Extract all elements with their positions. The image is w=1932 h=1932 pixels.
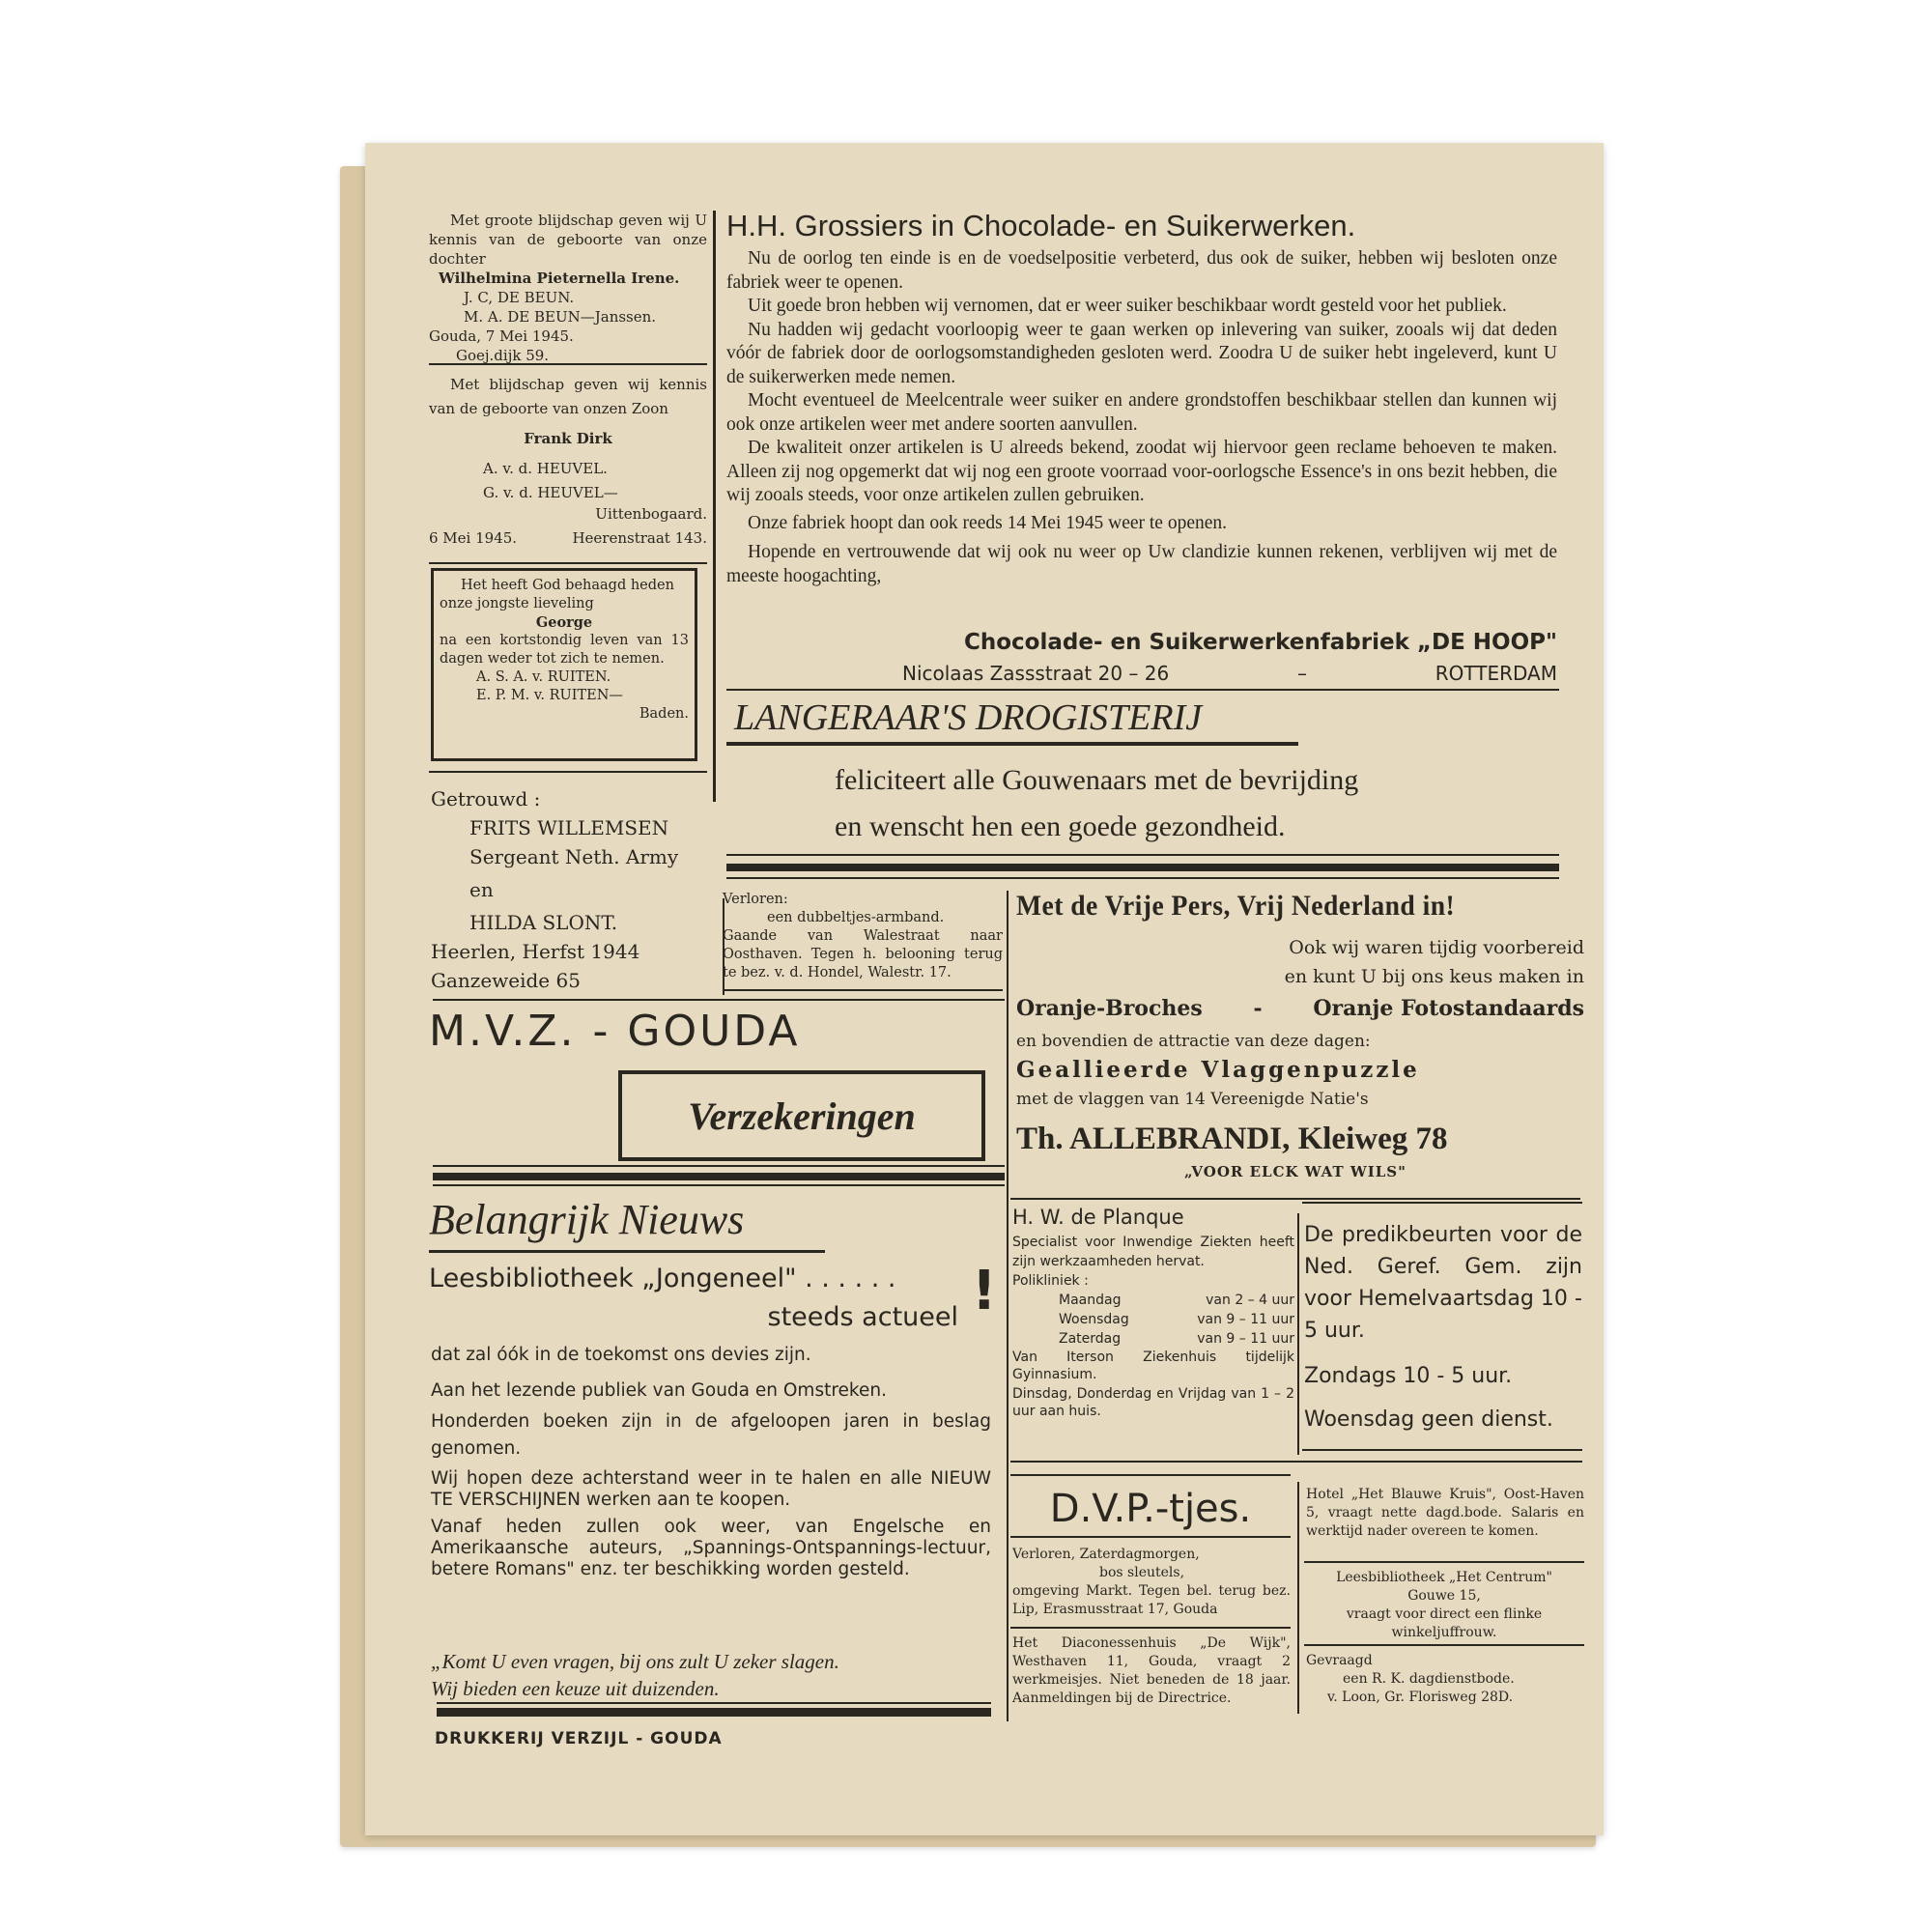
column-divider (1297, 1213, 1299, 1455)
birth1-parent1: J. C, DE BEUN. (429, 288, 707, 307)
drogisterij-line2: en wenscht hen een goede gezondheid. (835, 804, 1559, 850)
chocolate-paragraph: Hopende en vertrouwende dat wij ook nu w… (726, 541, 1557, 588)
death-child: George (440, 613, 689, 632)
birth2-intro: Met blijdschap geven wij kennis van de g… (429, 373, 707, 421)
lost-keys-line3: omgeving Markt. Tegen bel. terug bez. Li… (1012, 1582, 1291, 1619)
library-paragraph: Aan het lezende publiek van Gouda en Oms… (431, 1378, 991, 1405)
lost-keys-line1: Verloren, Zaterdagmorgen, (1012, 1546, 1291, 1564)
divider (726, 854, 1559, 856)
planque-line1: Specialist voor Inwendige Ziekten heeft … (1012, 1233, 1294, 1271)
lost-item: een dubbeltjes-armband. (723, 909, 1003, 927)
marriage-announcement: Getrouwd : FRITS WILLEMSEN Sergeant Neth… (431, 784, 711, 995)
chocolate-paragraph: Mocht eventueel de Meelcentrale weer sui… (726, 389, 1557, 437)
marriage-label: Getrouwd : (431, 784, 711, 813)
dvp-lost-keys: Verloren, Zaterdagmorgen, bos sleutels, … (1012, 1546, 1291, 1619)
allebrandi-line4: met de vlaggen van 14 Vereenigde Natie's (1016, 1088, 1584, 1111)
hours-row: Maandagvan 2 – 4 uur (1059, 1291, 1294, 1310)
allebrandi-product1: Oranje-Broches (1016, 993, 1203, 1024)
library-paragraph: Vanaf heden zullen ook weer, van Engelsc… (431, 1517, 991, 1580)
hours-time: van 9 – 11 uur (1197, 1310, 1294, 1329)
hours-row: Woensdagvan 9 – 11 uur (1059, 1310, 1294, 1329)
divider (429, 562, 707, 564)
drogisterij-line1: feliciteert alle Gouwenaars met de bevri… (835, 757, 1559, 804)
chocolate-paragraph: Uit goede bron hebben wij vernomen, dat … (726, 295, 1557, 319)
dvp-diaconessen: Het Diaconessenhuis „De Wijk", Westhaven… (1012, 1634, 1291, 1708)
birth2-address: Heerenstraat 143. (572, 526, 707, 551)
gevraagd-line1: een R. K. dagdienstbode. (1306, 1670, 1584, 1689)
divider (433, 1184, 1005, 1186)
death-intro: Het heeft God behaagd heden onze jongste… (440, 577, 689, 613)
hours-day: Woensdag (1059, 1310, 1129, 1329)
divider (1010, 1536, 1291, 1538)
lost-label: Verloren: (723, 891, 1003, 909)
chocolate-paragraph: Onze fabriek hoopt dan ook reeds 14 Mei … (726, 512, 1557, 536)
allebrandi-line2: en kunt U bij ons keus maken in (1016, 962, 1584, 991)
divider (1010, 1474, 1291, 1476)
allebrandi-shop: Th. ALLEBRANDI, Kleiweg 78 (1016, 1119, 1584, 1159)
library-body: Aan het lezende publiek van Gouda en Oms… (431, 1378, 991, 1586)
title-underline (429, 1250, 825, 1253)
planque-location: Van Iterson Ziekenhuis tijdelijk Gyinnas… (1012, 1349, 1294, 1383)
hours-time: van 2 – 4 uur (1206, 1291, 1294, 1310)
divider (1304, 1644, 1584, 1646)
library-line2: steeds actueel (429, 1300, 958, 1335)
divider (1302, 1202, 1582, 1204)
chocolate-city: ROTTERDAM (1435, 661, 1557, 686)
centrum-ad: Leesbibliotheek „Het Centrum" Gouwe 15, … (1304, 1569, 1584, 1642)
chocolate-paragraph: Nu de oorlog ten einde is en de voedselp… (726, 247, 1557, 295)
chocolate-paragraph: Nu hadden wij gedacht voorloopig weer te… (726, 319, 1557, 390)
chocolate-street: Nicolaas Zassstraat 20 – 26 (902, 661, 1169, 686)
allebrandi-headline: Met de Vrije Pers, Vrij Nederland in! (1016, 887, 1539, 925)
birth2-date: 6 Mei 1945. (429, 526, 517, 551)
lost-keys-line2: bos sleutels, (1012, 1564, 1291, 1582)
divider (437, 1702, 991, 1704)
death-announcement-box: Het heeft God behaagd heden onze jongste… (431, 568, 697, 761)
marriage-and: en (431, 875, 711, 904)
library-motto: dat zal óók in de toekomst ons devies zi… (431, 1343, 972, 1368)
thick-divider (437, 1708, 991, 1717)
birth1-child: Wilhelmina Pieternella Irene. (429, 269, 707, 288)
column-divider (1007, 891, 1009, 1721)
divider (1302, 1449, 1582, 1451)
thick-divider (726, 864, 1559, 871)
death-parent2-cont: Baden. (440, 705, 689, 724)
allebrandi-products: Oranje-Broches - Oranje Fotostandaards (1016, 993, 1584, 1024)
mvz-box: Verzekeringen (618, 1070, 985, 1161)
library-closing: „Komt U even vragen, bij ons zult U zeke… (431, 1648, 991, 1702)
birth-announcement-2: Met blijdschap geven wij kennis van de g… (429, 373, 707, 551)
birth2-parent2: G. v. d. HEUVEL— (429, 481, 707, 505)
hotel-ad: Hotel „Het Blauwe Kruis", Oost-Haven 5, … (1306, 1486, 1584, 1541)
marriage-groom: FRITS WILLEMSEN (431, 813, 711, 842)
birth1-parent2: M. A. DE BEUN—Janssen. (429, 307, 707, 327)
chocolate-ad-title: H.H. Grossiers in Chocolade- en Suikerwe… (726, 207, 1557, 245)
church-ad: De predikbeurten voor de Ned. Geref. Gem… (1304, 1219, 1582, 1435)
column-divider (713, 211, 716, 802)
marriage-rank: Sergeant Neth. Army (431, 842, 711, 871)
centrum-line3: vraagt voor direct een flinke winkeljuff… (1304, 1605, 1584, 1642)
lost-text: Gaande van Walestraat naar Oosthaven. Te… (723, 927, 1003, 982)
birth1-address: Goej.dijk 59. (429, 346, 707, 365)
gevraagd-ad: Gevraagd een R. K. dagdienstbode. v. Loo… (1306, 1652, 1584, 1707)
divider (726, 877, 1559, 879)
mvz-title: M.V.Z. - GOUDA (429, 1005, 912, 1059)
chocolate-company: Chocolade- en Suikerwerkenfabriek „DE HO… (726, 628, 1557, 657)
divider (723, 989, 1003, 991)
library-paragraph: Wij hopen deze achterstand weer in te ha… (431, 1468, 991, 1511)
library-line1: Leesbibliotheek „Jongeneel" . . . . . . (429, 1262, 970, 1296)
allebrandi-slogan: „VOOR ELCK WAT WILS" (1184, 1161, 1503, 1182)
death-parent2: E. P. M. v. RUITEN— (440, 687, 689, 705)
church-line3: Woensdag geen dienst. (1304, 1404, 1582, 1435)
allebrandi-intro: Ook wij waren tijdig voorbereid en kunt … (1016, 933, 1584, 991)
library-closing1: „Komt U even vragen, bij ons zult U zeke… (431, 1648, 991, 1675)
dvp-title: D.V.P.-tjes. (1010, 1482, 1291, 1536)
exclamation-mark: ! (972, 1258, 997, 1325)
divider (1010, 1627, 1291, 1629)
divider (1010, 1198, 1580, 1200)
chocolate-address: Nicolaas Zassstraat 20 – 26 – ROTTERDAM (902, 661, 1557, 686)
hours-row: Zaterdagvan 9 – 11 uur (1059, 1329, 1294, 1349)
centrum-line1: Leesbibliotheek „Het Centrum" (1304, 1569, 1584, 1587)
planque-home: Dinsdag, Donderdag en Vrijdag van 1 – 2 … (1012, 1385, 1294, 1420)
allebrandi-line1: Ook wij waren tijdig voorbereid (1016, 933, 1584, 962)
church-line2: Zondags 10 - 5 uur. (1304, 1360, 1582, 1392)
birth2-parent2-cont: Uittenbogaard. (429, 505, 707, 523)
divider (726, 689, 1559, 691)
divider (429, 771, 707, 773)
hours-day: Zaterdag (1059, 1329, 1121, 1349)
planque-body: Specialist voor Inwendige Ziekten heeft … (1012, 1233, 1294, 1420)
library-title: Belangrijk Nieuws (429, 1194, 1009, 1246)
chocolate-dash: – (1297, 661, 1307, 686)
birth2-parent1: A. v. d. HEUVEL. (429, 457, 707, 481)
divider (429, 363, 707, 365)
death-text: na een kortstondig leven van 13 dagen we… (440, 632, 689, 668)
marriage-place-date: Heerlen, Herfst 1944 (431, 937, 711, 966)
chocolate-ad-body: Nu de oorlog ten einde is en de voedselp… (726, 247, 1557, 588)
gevraagd-line2: v. Loon, Gr. Florisweg 28D. (1306, 1689, 1584, 1707)
mvz-box-label: Verzekeringen (688, 1094, 916, 1139)
library-closing2: Wij bieden een keuze uit duizenden. (431, 1675, 991, 1702)
title-underline (726, 742, 1298, 746)
planque-polikliniek: Polikliniek : (1012, 1271, 1294, 1291)
allebrandi-line3: en bovendien de attractie van deze dagen… (1016, 1030, 1584, 1053)
printer-credit: DRUKKERIJ VERZIJL - GOUDA (435, 1727, 821, 1750)
column-divider (1297, 1482, 1299, 1714)
chocolate-paragraph: De kwaliteit onzer artikelen is U alreed… (726, 437, 1557, 508)
birth2-child: Frank Dirk (429, 427, 707, 451)
drogisterij-body: feliciteert alle Gouwenaars met de bevri… (835, 757, 1559, 850)
gevraagd-label: Gevraagd (1306, 1652, 1584, 1670)
allebrandi-feature: Geallieerde Vlaggenpuzzle (1016, 1055, 1584, 1086)
thick-divider (433, 1173, 1005, 1180)
allebrandi-separator: - (1253, 993, 1262, 1024)
drogisterij-title: LANGERAAR'S DROGISTERIJ (734, 696, 1314, 740)
death-parent1: A. S. A. v. RUITEN. (440, 668, 689, 687)
birth1-intro: Met groote blijdschap geven wij U kennis… (429, 211, 707, 269)
lost-bracelet-ad: Verloren: een dubbeltjes-armband. Gaande… (723, 891, 1003, 982)
planque-name: H. W. de Planque (1012, 1204, 1294, 1231)
centrum-line2: Gouwe 15, (1304, 1587, 1584, 1605)
marriage-address: Ganzeweide 65 (431, 966, 711, 995)
allebrandi-product2: Oranje Fotostandaards (1313, 993, 1584, 1024)
divider (433, 999, 1005, 1001)
divider (433, 1165, 1005, 1167)
planque-hours: Maandagvan 2 – 4 uur Woensdagvan 9 – 11 … (1012, 1291, 1294, 1349)
hours-day: Maandag (1059, 1291, 1121, 1310)
divider (1010, 1461, 1582, 1463)
church-line1: De predikbeurten voor de Ned. Geref. Gem… (1304, 1219, 1582, 1347)
birth1-place-date: Gouda, 7 Mei 1945. (429, 327, 707, 346)
marriage-bride: HILDA SLONT. (431, 908, 711, 937)
divider (1304, 1561, 1584, 1563)
library-paragraph: Honderden boeken zijn in de afgeloopen j… (431, 1408, 991, 1463)
hours-time: van 9 – 11 uur (1197, 1329, 1294, 1349)
birth-announcement-1: Met groote blijdschap geven wij U kennis… (429, 211, 707, 365)
